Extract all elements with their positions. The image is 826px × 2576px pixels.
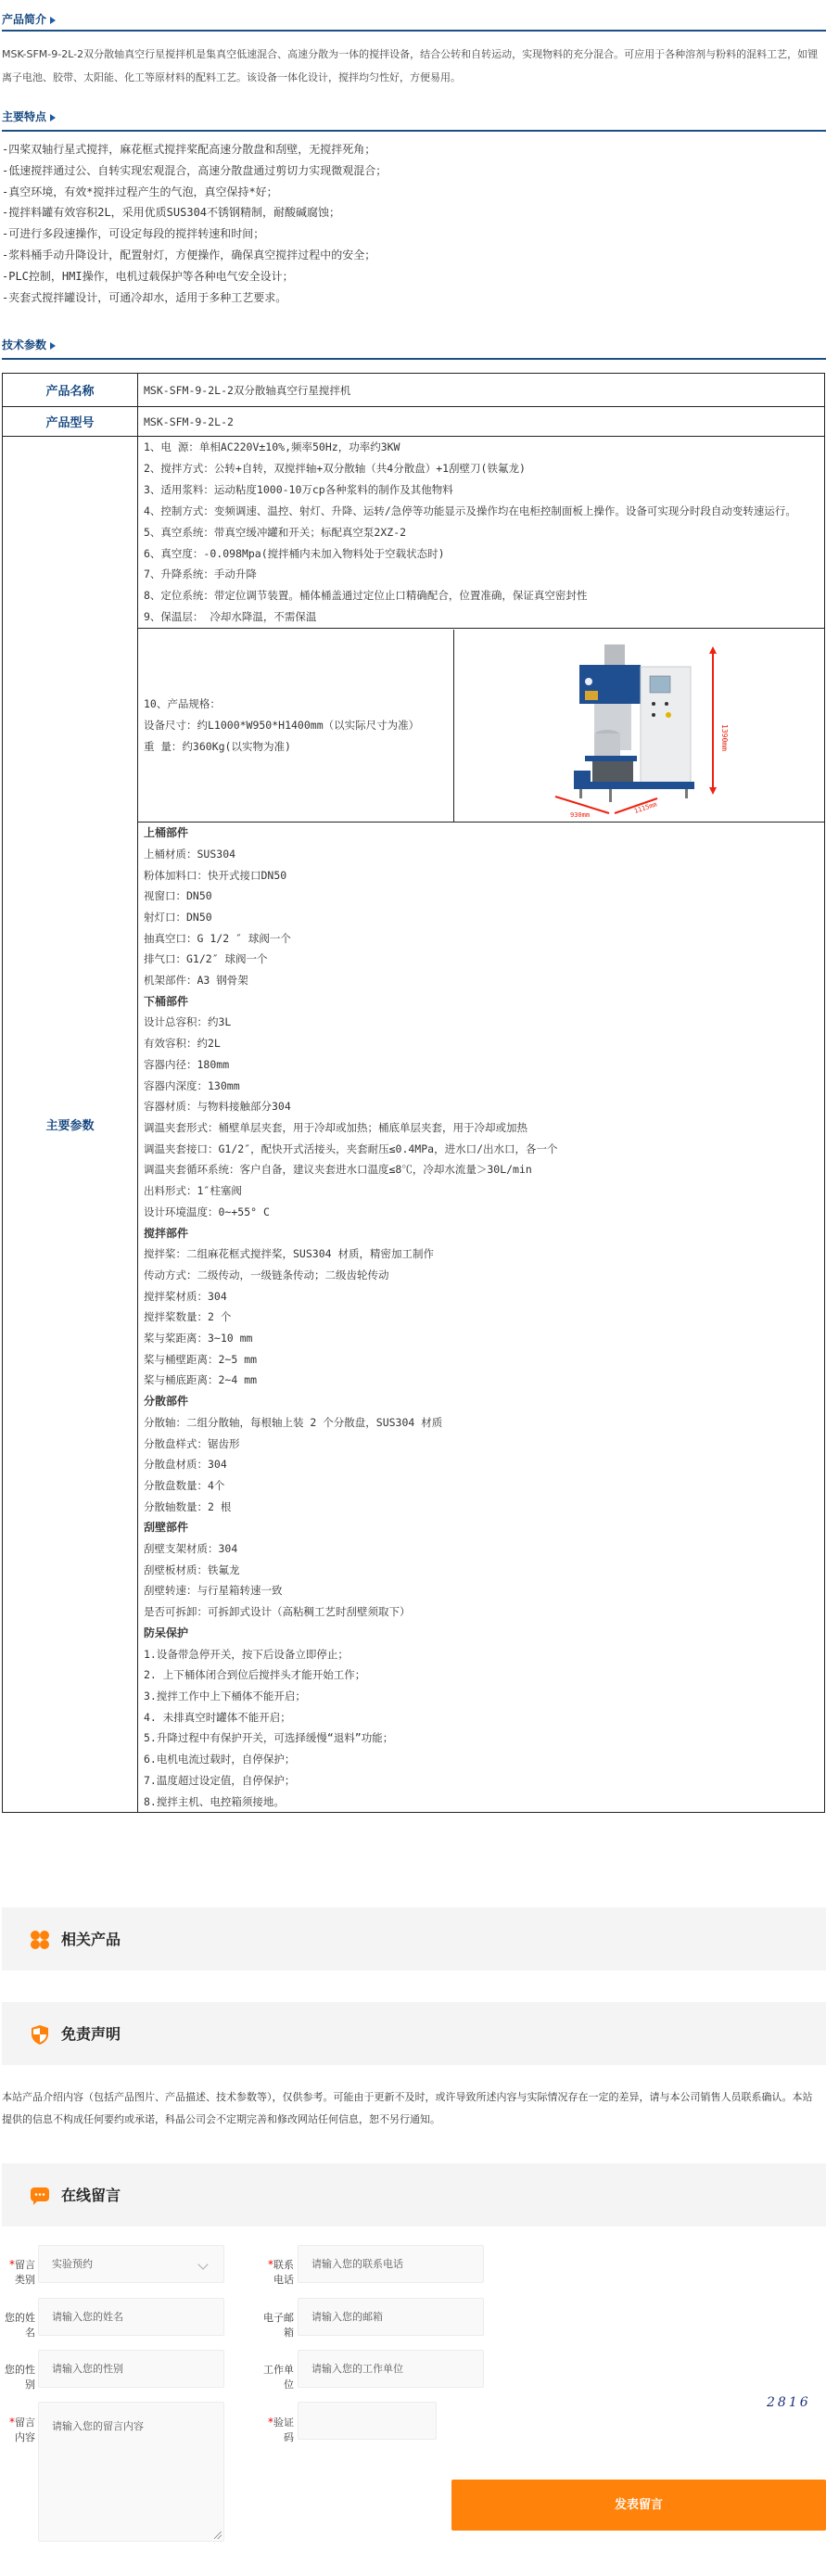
param-line: 6.电机电流过载时，自停保护； bbox=[144, 1749, 819, 1770]
detailed-params: 上桶部件 上桶材质：SUS304 粉体加料口：快开式接口DN50 视窗口：DN5… bbox=[138, 823, 825, 1813]
gender-input[interactable]: 请输入您的性别 bbox=[38, 2350, 224, 2388]
divider bbox=[2, 358, 826, 360]
basic-params: 1、电 源：单相AC220V±10%,频率50Hz，功率约3KW 2、搅拌方式：… bbox=[138, 437, 825, 629]
group-title: 防呆保护 bbox=[144, 1623, 819, 1644]
feature-item: -PLC控制，HMI操作，电机过载保护等各种电气安全设计； bbox=[2, 266, 651, 287]
triangle-right-icon bbox=[50, 17, 56, 24]
param-line: 调温夹套形式：桶壁单层夹套，用于冷却或加热；桶底单层夹套，用于冷却或加热 bbox=[144, 1117, 819, 1139]
row-value-model: MSK-SFM-9-2L-2 bbox=[138, 407, 825, 437]
related-products-bar: 相关产品 bbox=[2, 1907, 826, 1970]
param-line: 机架部件：A3 钢骨架 bbox=[144, 970, 819, 991]
param-line: 2、搅拌方式：公转+自转，双搅拌轴+双分散轴（共4分散盘）+1刮壁刀(铁氟龙) bbox=[144, 458, 819, 479]
disclaimer-text: 本站产品介绍内容（包括产品图片、产品描述、技术参数等），仅供参考。可能由于更新不… bbox=[2, 2086, 822, 2131]
svg-text:930mm: 930mm bbox=[570, 811, 590, 817]
param-line: 容器内深度：130mm bbox=[144, 1076, 819, 1097]
group-title: 搅拌部件 bbox=[144, 1223, 819, 1244]
divider bbox=[2, 130, 826, 132]
email-label: 电子邮箱 bbox=[259, 2310, 294, 2340]
captcha-image[interactable]: 2816 bbox=[767, 2395, 811, 2410]
param-line: 8、定位系统：带定位调节装置。桶体桶盖通过定位止口精确配合，位置准确，保证真空密… bbox=[144, 585, 819, 606]
spec-size: 设备尺寸：约L1000*W950*H1400mm（以实际尺寸为准） bbox=[144, 715, 448, 736]
clover-icon bbox=[30, 1930, 50, 1950]
section-header-params: 技术参数 bbox=[0, 337, 826, 357]
triangle-right-icon bbox=[50, 342, 56, 350]
param-line: 排气口：G1/2″ 球阀一个 bbox=[144, 949, 819, 970]
param-line: 桨与桨距离：3~10 mm bbox=[144, 1328, 819, 1349]
section-header-intro: 产品简介 bbox=[0, 11, 826, 32]
disclaimer-bar: 免责声明 bbox=[2, 2002, 826, 2065]
message-bar: 在线留言 bbox=[2, 2163, 826, 2226]
feature-item: -低速搅拌通过公、自转实现宏观混合，高速分散盘通过剪切力实现微观混合； bbox=[2, 160, 651, 182]
spec-weight: 重 量：约360Kg(以实物为准) bbox=[144, 736, 448, 758]
param-line: 1、电 源：单相AC220V±10%,频率50Hz，功率约3KW bbox=[144, 437, 819, 458]
param-line: 设计总容积：约3L bbox=[144, 1012, 819, 1033]
captcha-label: *验证码 bbox=[259, 2415, 294, 2444]
intro-text: MSK-SFM-9-2L-2双分散轴真空行星搅拌机是集真空低速混合、高速分散为一… bbox=[2, 43, 822, 89]
spec-table: 产品名称 MSK-SFM-9-2L-2双分散轴真空行星搅拌机 产品型号 MSK-… bbox=[2, 373, 825, 1813]
spec-inner-table: 10、产品规格： 设备尺寸：约L1000*W950*H1400mm（以实际尺寸为… bbox=[138, 630, 824, 822]
company-label: 工作单位 bbox=[259, 2362, 294, 2391]
spec-cell: 10、产品规格： 设备尺寸：约L1000*W950*H1400mm（以实际尺寸为… bbox=[138, 629, 825, 823]
content-textarea[interactable]: 请输入您的留言内容 bbox=[38, 2402, 224, 2542]
submit-message-button[interactable]: 发表留言 bbox=[451, 2480, 826, 2531]
message-title: 在线留言 bbox=[61, 2184, 121, 2205]
param-line: 容器内径：180mm bbox=[144, 1054, 819, 1076]
features-list: -四桨双轴行星式搅拌，麻花框式搅拌桨配高速分散盘和刮壁，无搅拌死角； -低速搅拌… bbox=[2, 139, 651, 308]
param-line: 刮壁板材质：铁氟龙 bbox=[144, 1560, 819, 1581]
param-line: 调温夹套循环系统：客户自备，建议夹套进水口温度≤8℃，冷却水流量＞30L/min bbox=[144, 1159, 819, 1180]
table-row: 产品名称 MSK-SFM-9-2L-2双分散轴真空行星搅拌机 bbox=[3, 374, 825, 407]
section-title-features: 主要特点 bbox=[2, 110, 46, 123]
param-line: 抽真空口：G 1/2 ″ 球阀一个 bbox=[144, 928, 819, 950]
row-value-name: MSK-SFM-9-2L-2双分散轴真空行星搅拌机 bbox=[138, 374, 825, 407]
phone-label: *联系电话 bbox=[259, 2257, 294, 2287]
param-line: 搅拌桨数量：2 个 bbox=[144, 1307, 819, 1328]
param-line: 3、适用浆料：运动粘度1000-10万cp各种浆料的制作及其他物料 bbox=[144, 479, 819, 501]
email-input[interactable]: 请输入您的邮箱 bbox=[298, 2298, 484, 2336]
product-image: 1390mm 930mm 1115mm bbox=[518, 631, 759, 817]
gender-label: 您的性别 bbox=[0, 2362, 35, 2391]
company-input[interactable]: 请输入您的工作单位 bbox=[298, 2350, 484, 2388]
group-title: 上桶部件 bbox=[144, 823, 819, 844]
spec-title: 10、产品规格： bbox=[144, 694, 448, 715]
section-title-params: 技术参数 bbox=[2, 338, 46, 351]
row-label-main-params: 主要参数 bbox=[3, 437, 138, 1813]
param-line: 设计环境温度：0~+55° C bbox=[144, 1202, 819, 1223]
name-label: 您的姓名 bbox=[0, 2310, 35, 2340]
param-line: 刮壁转速：与行星箱转速一致 bbox=[144, 1580, 819, 1601]
param-line: 分散轴数量：2 根 bbox=[144, 1497, 819, 1518]
param-line: 1.设备带急停开关，按下后设备立即停止； bbox=[144, 1644, 819, 1665]
content-label: *留言内容 bbox=[0, 2415, 35, 2444]
param-line: 调温夹套接口：G1/2″，配快开式活接头，夹套耐压≤0.4MPa，进水口/出水口… bbox=[144, 1139, 819, 1160]
feature-item: -四桨双轴行星式搅拌，麻花框式搅拌桨配高速分散盘和刮壁，无搅拌死角； bbox=[2, 139, 651, 160]
param-line: 粉体加料口：快开式接口DN50 bbox=[144, 865, 819, 886]
row-label-model: 产品型号 bbox=[3, 407, 138, 437]
param-line: 视窗口：DN50 bbox=[144, 886, 819, 907]
param-line: 分散盘样式：锯齿形 bbox=[144, 1434, 819, 1455]
param-line: 7.温度超过设定值，自停保护； bbox=[144, 1770, 819, 1792]
param-line: 4、控制方式：变频调速、温控、射灯、升降、运转/急停等功能显示及操作均在电柜控制… bbox=[144, 501, 819, 522]
phone-input[interactable]: 请输入您的联系电话 bbox=[298, 2245, 484, 2283]
param-line: 搅拌桨：二组麻花框式搅拌桨，SUS304 材质，精密加工制作 bbox=[144, 1243, 819, 1265]
related-products-title: 相关产品 bbox=[61, 1928, 121, 1949]
param-line: 搅拌桨材质：304 bbox=[144, 1286, 819, 1307]
param-line: 桨与桶壁距离：2~5 mm bbox=[144, 1349, 819, 1371]
feature-item: -夹套式搅拌罐设计，可通冷却水，适用于多种工艺要求。 bbox=[2, 287, 651, 309]
triangle-right-icon bbox=[50, 114, 56, 121]
feature-item: -真空环境，有效*搅拌过程产生的气泡，真空保持*好； bbox=[2, 182, 651, 203]
param-line: 3.搅拌工作中上下桶体不能开启； bbox=[144, 1686, 819, 1707]
param-line: 分散盘材质：304 bbox=[144, 1454, 819, 1475]
param-line: 传动方式：二级传动，一级链条传动；二级齿轮传动 bbox=[144, 1265, 819, 1286]
shield-icon bbox=[30, 2024, 50, 2045]
section-header-features: 主要特点 bbox=[0, 108, 826, 129]
param-line: 桨与桶底距离：2~4 mm bbox=[144, 1370, 819, 1391]
chevron-down-icon bbox=[197, 2259, 208, 2269]
table-row: 产品型号 MSK-SFM-9-2L-2 bbox=[3, 407, 825, 437]
param-line: 射灯口：DN50 bbox=[144, 907, 819, 928]
param-line: 上桶材质：SUS304 bbox=[144, 844, 819, 865]
resize-handle-icon[interactable] bbox=[214, 2531, 222, 2539]
param-line: 2. 上下桶体闭合到位后搅拌头才能开始工作； bbox=[144, 1664, 819, 1686]
table-row: 主要参数 1、电 源：单相AC220V±10%,频率50Hz，功率约3KW 2、… bbox=[3, 437, 825, 629]
param-line: 容器材质：与物料接触部分304 bbox=[144, 1096, 819, 1117]
row-label-name: 产品名称 bbox=[3, 374, 138, 407]
param-line: 5.升降过程中有保护开关，可选择缓慢“退料”功能； bbox=[144, 1728, 819, 1749]
feature-item: -搅拌料罐有效容积2L，采用优质SUS304不锈钢精制，耐酸碱腐蚀； bbox=[2, 202, 651, 223]
param-line: 是否可拆卸：可拆卸式设计（高粘稠工艺时刮壁须取下） bbox=[144, 1601, 819, 1623]
param-line: 8.搅拌主机、电控箱须接地。 bbox=[144, 1792, 819, 1813]
section-title-intro: 产品简介 bbox=[2, 13, 46, 26]
group-title: 分散部件 bbox=[144, 1391, 819, 1412]
group-title: 刮壁部件 bbox=[144, 1517, 819, 1538]
captcha-input[interactable] bbox=[298, 2402, 437, 2440]
param-line: 分散盘数量：4个 bbox=[144, 1475, 819, 1497]
product-image-cell: 1390mm 930mm 1115mm bbox=[453, 630, 824, 822]
group-title: 下桶部件 bbox=[144, 991, 819, 1013]
param-line: 出料形式：1″柱塞阀 bbox=[144, 1180, 819, 1202]
category-select[interactable]: 实验预约 bbox=[38, 2245, 224, 2283]
disclaimer-title: 免责声明 bbox=[61, 2022, 121, 2044]
category-label: *留言类别 bbox=[0, 2257, 35, 2287]
divider bbox=[2, 30, 826, 32]
svg-text:1390mm: 1390mm bbox=[720, 724, 729, 751]
param-line: 4. 未排真空时罐体不能开启； bbox=[144, 1707, 819, 1728]
chat-bubble-icon bbox=[30, 2186, 50, 2206]
spec-text: 10、产品规格： 设备尺寸：约L1000*W950*H1400mm（以实际尺寸为… bbox=[138, 630, 453, 822]
param-line: 有效容积：约2L bbox=[144, 1033, 819, 1054]
param-line: 分散轴：二组分散轴，每根轴上装 2 个分散盘，SUS304 材质 bbox=[144, 1412, 819, 1434]
param-line: 6、真空度：-0.098Mpa(搅拌桶内未加入物料处于空载状态时) bbox=[144, 543, 819, 565]
param-line: 9、保温层： 冷却水降温，不需保温 bbox=[144, 606, 819, 628]
param-line: 刮壁支架材质：304 bbox=[144, 1538, 819, 1560]
param-line: 7、升降系统：手动升降 bbox=[144, 564, 819, 585]
feature-item: -可进行多段速操作，可设定每段的搅拌转速和时间； bbox=[2, 223, 651, 245]
name-input[interactable]: 请输入您的姓名 bbox=[38, 2298, 224, 2336]
param-line: 5、真空系统：带真空缓冲罐和开关；标配真空泵2XZ-2 bbox=[144, 522, 819, 543]
feature-item: -浆料桶手动升降设计，配置射灯，方便操作，确保真空搅拌过程中的安全； bbox=[2, 245, 651, 266]
